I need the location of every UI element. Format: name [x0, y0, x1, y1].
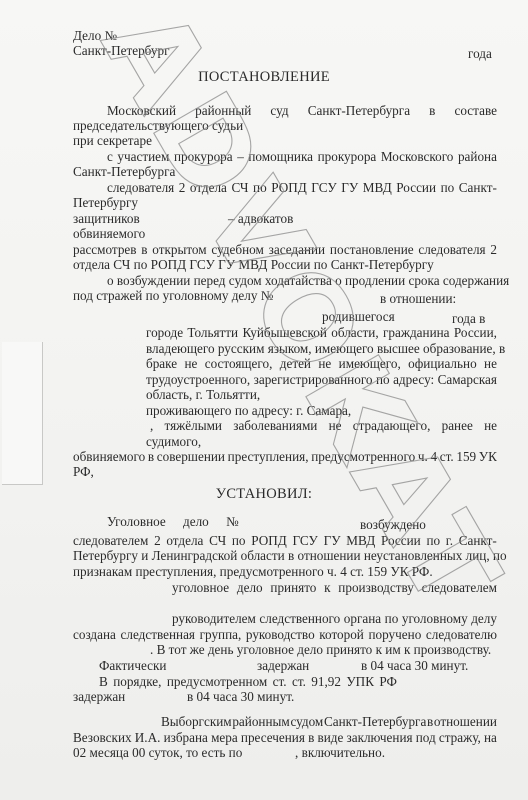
word: ст. [440, 449, 454, 464]
person-line-2: владеющего русским языком, имеющего высш… [146, 341, 505, 356]
same-day-line: . В тот же день уголовное дело принято к… [150, 642, 491, 657]
prosecutor-line: сучастиемпрокурора–помощникапрокурораМос… [107, 149, 497, 164]
document-page: Дело № Санкт-Петербург года ПОСТАНОВЛЕНИ… [0, 0, 528, 800]
word: поручено [368, 627, 421, 642]
word: создана [73, 627, 116, 642]
charge-cont: РФ, [73, 464, 94, 479]
word: Выборгским [161, 714, 232, 729]
detained2-label: задержан [73, 689, 125, 704]
word: , [150, 418, 153, 433]
word: по [385, 611, 399, 626]
section-title: УСТАНОВИЛ: [0, 487, 528, 502]
word: в [427, 714, 433, 729]
group-line: созданаследственнаягруппа,руководствокот… [73, 627, 497, 642]
word: России, [454, 325, 497, 340]
word: стражу, [439, 730, 481, 745]
word: участием [117, 149, 169, 164]
word: УК [479, 449, 497, 464]
word: по [426, 533, 440, 548]
word: руководство [246, 627, 315, 642]
person-line-7: ,тяжёлымизаболеванияминестрадающего,ране… [150, 418, 497, 433]
word: на [484, 730, 497, 745]
word: РОПД [251, 533, 287, 548]
word: Тольятти [187, 325, 238, 340]
word: заключения [347, 730, 413, 745]
word: следственная [121, 627, 195, 642]
defenders-label: защитников [73, 211, 140, 226]
date-year-label: года [468, 46, 492, 61]
case-number-label: Дело № [73, 28, 117, 43]
word: прокурора [174, 149, 233, 164]
word: ГУ [341, 180, 358, 195]
person-line-8: судимого, [146, 434, 201, 449]
word: Санкт- [459, 533, 497, 548]
word: ст. [273, 674, 287, 689]
word: гражданина [383, 325, 450, 340]
word: следователю [426, 627, 497, 642]
vyborg-court-line: ВыборгскимрайоннымсудомСанкт-Петербургав… [161, 714, 497, 729]
word: браке [146, 356, 177, 371]
word: в [148, 449, 154, 464]
investigator-line: следователя2отделаСЧпоРОПДГСУГУМВДРоссии… [107, 180, 497, 195]
person-line-3: бракенесостоящего,детейнеимеющего,официа… [146, 356, 497, 371]
initiated-by-line: следователем2отделаСЧпоРОПДГСУГУМВДРосси… [73, 533, 497, 548]
word: не [184, 356, 197, 371]
measure-line: ВезовскихИ.А.избранамерапресеченияввидез… [73, 730, 497, 745]
prosecutor-cont: Санкт-Петербурга [73, 164, 175, 179]
person-line-5: область, г. Тольятти, [146, 387, 260, 402]
word: не [329, 418, 342, 433]
initiated-by-cont: Петербургу и Ленинградской области в отн… [73, 548, 507, 563]
detained-label: задержан [257, 658, 309, 673]
word: УПК [346, 674, 374, 689]
word: адресу: [393, 372, 434, 387]
word: СЧ [209, 533, 226, 548]
city-label: Санкт-Петербург [73, 43, 170, 58]
word: имеющего, [339, 356, 401, 371]
custody-case-line: под стражей по уголовному делу № [73, 288, 273, 303]
word: следователя [107, 180, 174, 195]
word: уголовному [402, 611, 468, 626]
inclusive-label: , включительно. [295, 745, 385, 760]
word: детей [280, 356, 311, 371]
word: 2 [179, 180, 186, 195]
detained-time: в 04 часа 30 минут. [361, 658, 468, 673]
word: Санкт-Петербурга [324, 714, 426, 729]
word: которой [319, 627, 364, 642]
word: по [376, 372, 390, 387]
word: делу [471, 611, 497, 626]
word: отдела [166, 533, 203, 548]
word: 2 [490, 242, 497, 257]
word: отношении [434, 714, 497, 729]
word: группа, [200, 627, 242, 642]
word: заседании [269, 242, 326, 257]
word: ГСУ [311, 180, 336, 195]
word: следователем [73, 533, 148, 548]
word: Санкт-Петербурга [308, 103, 410, 118]
word: заболеваниями [233, 418, 317, 433]
word: уголовное [172, 580, 229, 595]
secretary-label: при секретаре [73, 133, 152, 148]
word: руководителем [172, 611, 256, 626]
word: порядке, [113, 674, 161, 689]
initiated-label: возбуждено [360, 517, 426, 532]
word: предусмотренного [311, 449, 415, 464]
word: района [458, 149, 497, 164]
word: преступления, [228, 449, 309, 464]
word: области, [331, 325, 378, 340]
word: рассмотрев [73, 242, 137, 257]
word: районным [232, 714, 289, 729]
word: производству [338, 580, 414, 595]
word: ГУ [324, 533, 341, 548]
word: суд [270, 103, 288, 118]
word: РФ [379, 674, 397, 689]
word: состоящего, [205, 356, 273, 371]
case-no-line: Уголовное дело № [107, 514, 239, 529]
word: пресечения [241, 730, 305, 745]
word: не [484, 356, 497, 371]
word: помощника [248, 149, 313, 164]
word: следователя [418, 242, 485, 257]
considered-cont: отдела СЧ по РОПД ГСУ ГУ МВД России по С… [73, 257, 434, 272]
word: трудоустроенного, [146, 372, 250, 387]
scan-edge-artifact [2, 342, 43, 485]
word: 159 [456, 449, 476, 464]
word: виде [317, 730, 343, 745]
word: составе [455, 103, 497, 118]
considered-line: рассмотреввоткрытомсудебномзаседаниипост… [73, 242, 497, 257]
word: отдела [190, 180, 227, 195]
word: следователем [422, 580, 497, 595]
word: 2 [154, 533, 161, 548]
person-line-4: трудоустроенного,зарегистрированногопоад… [146, 372, 497, 387]
word: зарегистрированного [254, 372, 373, 387]
word: РОПД [271, 180, 307, 195]
born-label: родившегося [322, 309, 395, 324]
word: судом [290, 714, 323, 729]
word: по [253, 180, 267, 195]
word: МВД [346, 533, 375, 548]
word: И.А. [135, 730, 161, 745]
word: ч. [418, 449, 428, 464]
word: по [441, 180, 455, 195]
word: следственного [259, 611, 340, 626]
word: дело [237, 580, 263, 595]
actually-label: Фактически [99, 658, 166, 673]
word: в [141, 242, 147, 257]
investigator-cont: Петербургу [73, 195, 138, 210]
word: страдающего, [353, 418, 431, 433]
word: в [308, 730, 314, 745]
word: под [416, 730, 436, 745]
word: России [381, 533, 421, 548]
word: 91,92 [311, 674, 341, 689]
word: прокурора [318, 149, 377, 164]
head-line: руководителемследственногоорганапоуголов… [172, 611, 497, 626]
word: к [324, 580, 330, 595]
word: В [99, 674, 108, 689]
born-year: года в [452, 311, 485, 326]
word: предусмотренном [167, 674, 267, 689]
word: не [484, 418, 497, 433]
word: открытом [152, 242, 206, 257]
word: обвиняемого [73, 449, 145, 464]
word: Везовских [73, 730, 132, 745]
word: тяжёлыми [165, 418, 222, 433]
word: принято [270, 580, 316, 595]
word: мера [211, 730, 238, 745]
word: судебном [211, 242, 263, 257]
detained2-time: в 04 часа 30 минут. [187, 689, 294, 704]
word: Куйбышевской [242, 325, 326, 340]
word: городе [146, 325, 183, 340]
word: России [396, 180, 436, 195]
word: избрана [164, 730, 208, 745]
word: совершении [157, 449, 225, 464]
word: – [237, 149, 244, 164]
word: г. [446, 533, 453, 548]
person-address: проживающего по адресу: г. Самара, [146, 403, 351, 418]
accused-label: обвиняемого [73, 226, 145, 241]
crime-signs-line: признакам преступления, предусмотренного… [73, 564, 433, 579]
defenders-role: – адвокатов [228, 211, 293, 226]
regarding-label: в отношении: [380, 291, 456, 306]
word: СЧ [231, 180, 248, 195]
person-line-1: городеТольяттиКуйбышевскойобласти,гражда… [146, 325, 497, 340]
word: Московский [107, 103, 176, 118]
term-line: 02 месяца 00 суток, то есть по [73, 745, 242, 760]
word: не [318, 356, 331, 371]
charge-line: обвиняемоговсовершениипреступления,преду… [73, 449, 497, 464]
word: районный [195, 103, 251, 118]
word: ранее [442, 418, 473, 433]
word: Московского [381, 149, 454, 164]
word: органа [344, 611, 381, 626]
document-title: ПОСТАНОВЛЕНИЕ [0, 70, 528, 85]
word: по [232, 533, 246, 548]
accepted-line: уголовноеделопринятокпроизводствуследова… [172, 580, 497, 595]
word: МВД [363, 180, 392, 195]
word: ГСУ [292, 533, 317, 548]
judge-label: председательствующего судьи [73, 118, 243, 133]
word: официально [408, 356, 477, 371]
word: ст. [292, 674, 306, 689]
word: в [429, 103, 435, 118]
word: Санкт- [459, 180, 497, 195]
word: с [107, 149, 113, 164]
motion-line: о возбуждении перед судом ходатайства о … [107, 273, 509, 288]
intro-court-line: МосковскийрайонныйсудСанкт-Петербургавсо… [107, 103, 497, 118]
word: постановление [330, 242, 414, 257]
word: Самарская [438, 372, 497, 387]
procedure-line: Впорядке,предусмотренномст.ст.91,92УПКРФ [99, 674, 397, 689]
word: 4 [430, 449, 437, 464]
